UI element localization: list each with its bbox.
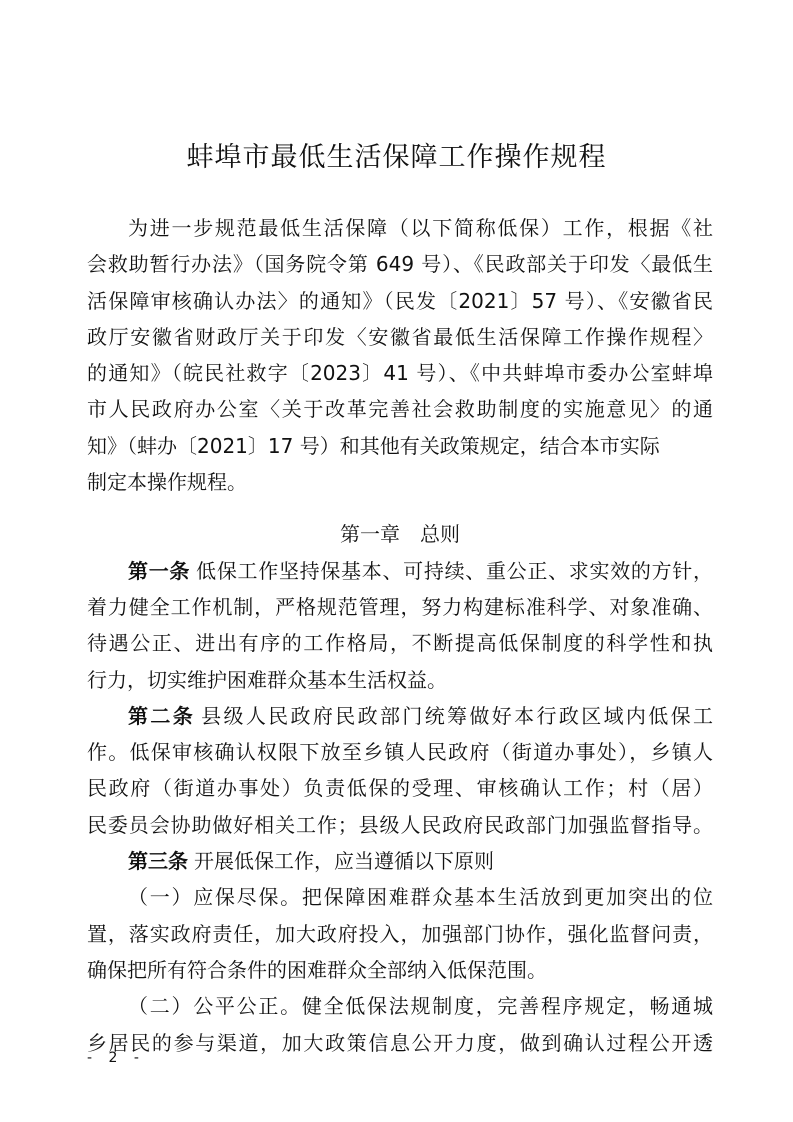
text-line: 乡居民的参与渠道，加大政策信息公开力度，做到确认过程公开透 [87,1025,713,1061]
document-page: 蚌埠市最低生活保障工作操作规程 为进一步规范最低生活保障（以下简称低保）工作，根… [0,0,793,1122]
principle-2: （二）公平公正。健全低保法规制度，完善程序规定，畅通城 乡居民的参与渠道，加大政… [87,988,713,1061]
text-line: 着力健全工作机制，严格规范管理，努力构建标准科学、对象准确、 [87,589,713,625]
text-line: 开展低保工作，应当遵循以下原则 [194,849,494,873]
article-1: 第一条低保工作坚持保基本、可持续、重公正、求实效的方针， 着力健全工作机制，严格… [87,553,713,698]
text-line: 知》（蚌办〔2021〕17 号）和其他有关政策规定，结合本市实际 [87,428,713,464]
article-label: 第二条 [128,704,195,728]
text-line: 政厅安徽省财政厅关于印发〈安徽省最低生活保障工作操作规程〉 [87,319,713,355]
text-line: 的通知》（皖民社救字〔2023〕41 号）、《中共蚌埠市委办公室蚌埠 [87,355,713,391]
text-line: 置，落实政府责任，加大政府投入，加强部门协作，强化监督问责， [87,916,713,952]
chapter-heading: 第一章 总则 [87,516,713,552]
text-line: 会救助暂行办法》（国务院令第 649 号）、《民政部关于印发〈最低生 [87,246,713,282]
article-label: 第三条 [128,849,188,873]
text-line: 作。低保审核确认权限下放至乡镇人民政府（街道办事处），乡镇人 [87,734,713,770]
text-line: 制定本操作规程。 [87,464,713,500]
text-line: 市人民政府办公室〈关于改革完善社会救助制度的实施意见〉的通 [87,391,713,427]
article-2: 第二条县级人民政府民政部门统筹做好本行政区域内低保工 作。低保审核确认权限下放至… [87,698,713,843]
preamble: 为进一步规范最低生活保障（以下简称低保）工作，根据《社 会救助暂行办法》（国务院… [87,210,713,500]
text-line: 活保障审核确认办法〉的通知》（民发〔2021〕57 号）、《安徽省民 [87,283,713,319]
document-body: 为进一步规范最低生活保障（以下简称低保）工作，根据《社 会救助暂行办法》（国务院… [87,210,713,1061]
text-line: 民政府（街道办事处）负责低保的受理、审核确认工作；村（居） [87,770,713,806]
text-line: 为进一步规范最低生活保障（以下简称低保）工作，根据《社 [87,210,713,246]
text-line: （二）公平公正。健全低保法规制度，完善程序规定，畅通城 [87,988,713,1024]
text-line: 低保工作坚持保基本、可持续、重公正、求实效的方针， [196,559,713,583]
text-line: 民委员会协助做好相关工作；县级人民政府民政部门加强监督指导。 [87,807,713,843]
page-number: - 2 - [87,1050,145,1066]
principle-1: （一）应保尽保。把保障困难群众基本生活放到更加突出的位 置，落实政府责任，加大政… [87,879,713,988]
text-line: 县级人民政府民政部门统筹做好本行政区域内低保工 [201,704,713,728]
article-label: 第一条 [128,559,190,583]
text-line: （一）应保尽保。把保障困难群众基本生活放到更加突出的位 [87,879,713,915]
text-line: 行力，切实维护困难群众基本生活权益。 [87,662,713,698]
article-3: 第三条开展低保工作，应当遵循以下原则 [87,843,713,879]
text-line: 确保把所有符合条件的困难群众全部纳入低保范围。 [87,952,713,988]
text-line: 待遇公正、进出有序的工作格局，不断提高低保制度的科学性和执 [87,625,713,661]
document-title: 蚌埠市最低生活保障工作操作规程 [0,138,793,178]
